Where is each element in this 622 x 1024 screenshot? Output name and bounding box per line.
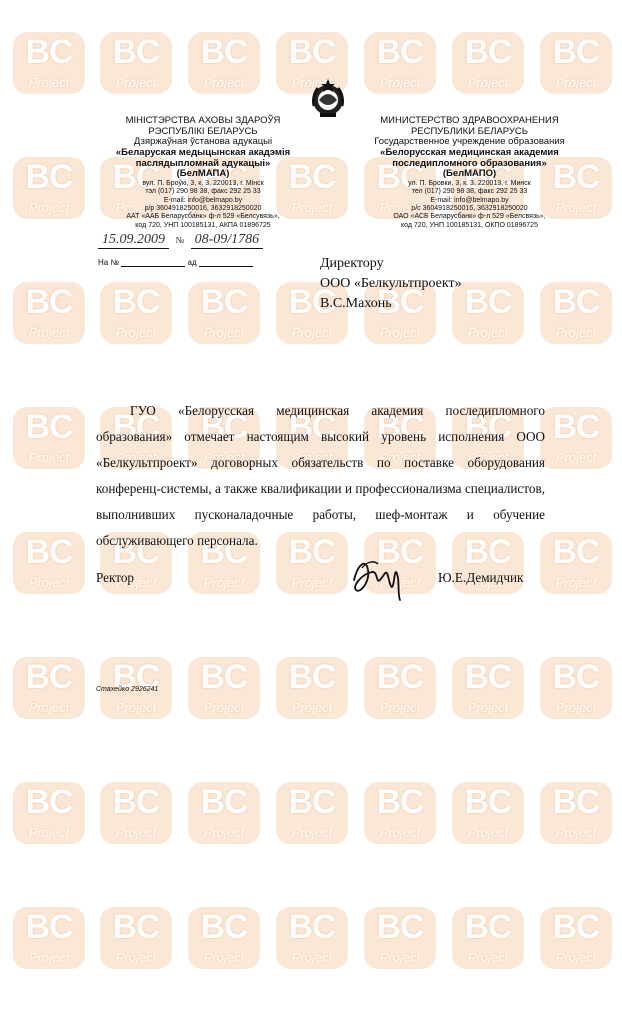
email: E-mail: info@belmapo.by [98, 197, 308, 205]
letterhead-belarusian: МІНІСТЭРСТВА АХОВЫ ЗДАРОЎЯ РЭСПУБЛІКІ БЕ… [98, 116, 308, 230]
body-paragraph: ГУО «Белорусская медицинская академия по… [96, 398, 545, 554]
email: E-mail: info@belmapo.by [362, 197, 577, 205]
handwritten-signature-icon [348, 550, 412, 606]
letterhead-russian: МИНИСТЕРСТВО ЗДРАВООХРАНЕНИЯ РЕСПУБЛИКИ … [362, 116, 577, 230]
institution-abbr: (БелМАПА) [98, 169, 308, 180]
ref-date-blank [199, 258, 253, 267]
ref-from-label: ад [188, 258, 197, 267]
reference-line: На № ад [98, 258, 253, 267]
bank-name: ОАО «АСБ Беларусбанк» ф-л 529 «Белсвязь»… [362, 213, 577, 221]
number-label: № [176, 235, 185, 245]
addressee-company: ООО «Белкультпроект» [320, 274, 462, 294]
address: вул. П. Броўкі, 3, к. 3, 220013, г. Мінс… [98, 180, 308, 188]
phone: тэл (017) 290 98 38, факс 292 25 33 [98, 188, 308, 196]
letter-page: МІНІСТЭРСТВА АХОВЫ ЗДАРОЎЯ РЭСПУБЛІКІ БЕ… [0, 0, 622, 1024]
letter-body: ГУО «Белорусская медицинская академия по… [96, 398, 545, 554]
address: ул. П. Бровки, 3, к. 3, 220013, г. Минск [362, 180, 577, 188]
addressee-block: Директору ООО «Белкультпроект» В.С.Махон… [320, 254, 462, 314]
signatory-role: Ректор [96, 570, 134, 586]
bank-name: ААТ «ААБ Беларусбанк» ф-л 529 «Белсувязь… [98, 213, 308, 221]
outgoing-number: 08-09/1786 [191, 232, 264, 249]
ref-number-blank [121, 258, 185, 267]
registration-line: 15.09.2009 № 08-09/1786 [98, 232, 263, 249]
addressee-position: Директору [320, 254, 462, 274]
codes: код 720, УНП 100185131, АКПА 01896725 [98, 222, 308, 230]
addressee-name: В.С.Махонь [320, 294, 462, 314]
executor-note: Стахейко 2926241 [96, 686, 158, 693]
outgoing-date: 15.09.2009 [98, 232, 169, 249]
belarus-coat-of-arms-icon [306, 76, 350, 120]
institution-abbr: (БелМАПО) [362, 169, 577, 180]
institution-name: «Белорусская медицинская академия послед… [362, 148, 577, 169]
codes: код 720, УНП 100185131, ОКПО 01896725 [362, 222, 577, 230]
signatory-name: Ю.Е.Демидчик [438, 570, 523, 586]
institution-name: «Беларуская медыцынская акадэмія пасляды… [98, 148, 308, 169]
ref-label: На № [98, 258, 119, 267]
phone: тел (017) 290 98 38, факс 292 25 33 [362, 188, 577, 196]
